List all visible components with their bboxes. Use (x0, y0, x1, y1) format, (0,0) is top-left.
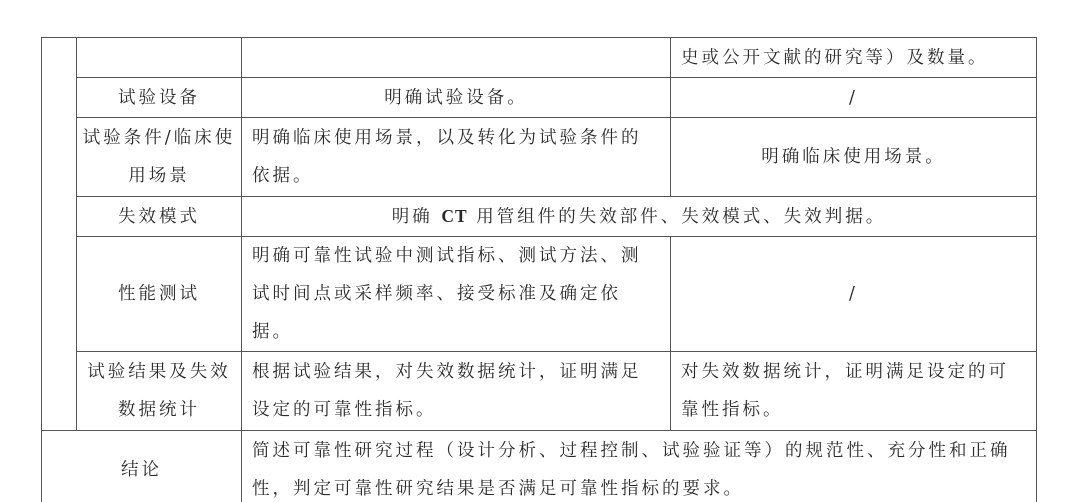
cell-col-a (242, 38, 671, 78)
cell-col-a: 明确试验设备。 (242, 78, 671, 118)
cell-col-b: / (671, 237, 1037, 352)
cell-col-b: 史或公开文献的研究等）及数量。 (671, 38, 1037, 78)
cell-merged: 简述可靠性研究过程（设计分析、过程控制、试验验证等）的规范性、充分性和正确性，判… (242, 431, 1037, 502)
cell-col-a: 明确临床使用场景，以及转化为试验条件的依据。 (242, 118, 671, 197)
row-label (77, 38, 242, 78)
cell-col-a: 明确可靠性试验中测试指标、测试方法、测试时间点或采样频率、接受标准及确定依据。 (242, 237, 671, 352)
cell-col-a: 根据试验结果，对失效数据统计，证明满足设定的可靠性指标。 (242, 352, 671, 431)
table-row: 性能测试 明确可靠性试验中测试指标、测试方法、测试时间点或采样频率、接受标准及确… (42, 237, 1037, 352)
merged-latin: CT (441, 206, 467, 226)
cell-col-b: 对失效数据统计，证明满足设定的可靠性指标。 (671, 352, 1037, 431)
table-row: 试验结果及失效数据统计 根据试验结果，对失效数据统计，证明满足设定的可靠性指标。… (42, 352, 1037, 431)
table-row: 试验条件/临床使用场景 明确临床使用场景，以及转化为试验条件的依据。 明确临床使… (42, 118, 1037, 197)
table-row: 失效模式 明确 CT 用管组件的失效部件、失效模式、失效判据。 (42, 197, 1037, 237)
row-label: 失效模式 (77, 197, 242, 237)
merged-suffix: 用管组件的失效部件、失效模式、失效判据。 (468, 207, 887, 227)
merged-prefix: 明确 (392, 207, 442, 227)
cell-merged: 明确 CT 用管组件的失效部件、失效模式、失效判据。 (242, 197, 1037, 237)
group-spacer-cell (42, 38, 77, 431)
cell-col-b: / (671, 78, 1037, 118)
row-label: 试验结果及失效数据统计 (77, 352, 242, 431)
requirements-table: 史或公开文献的研究等）及数量。 试验设备 明确试验设备。 / 试验条件/临床使用… (41, 37, 1037, 502)
table-row: 史或公开文献的研究等）及数量。 (42, 38, 1037, 78)
table-row: 结论 简述可靠性研究过程（设计分析、过程控制、试验验证等）的规范性、充分性和正确… (42, 431, 1037, 502)
table-row: 试验设备 明确试验设备。 / (42, 78, 1037, 118)
cell-col-b: 明确临床使用场景。 (671, 118, 1037, 197)
row-label: 试验条件/临床使用场景 (77, 118, 242, 197)
row-label: 性能测试 (77, 237, 242, 352)
row-label: 结论 (42, 431, 242, 502)
row-label: 试验设备 (77, 78, 242, 118)
